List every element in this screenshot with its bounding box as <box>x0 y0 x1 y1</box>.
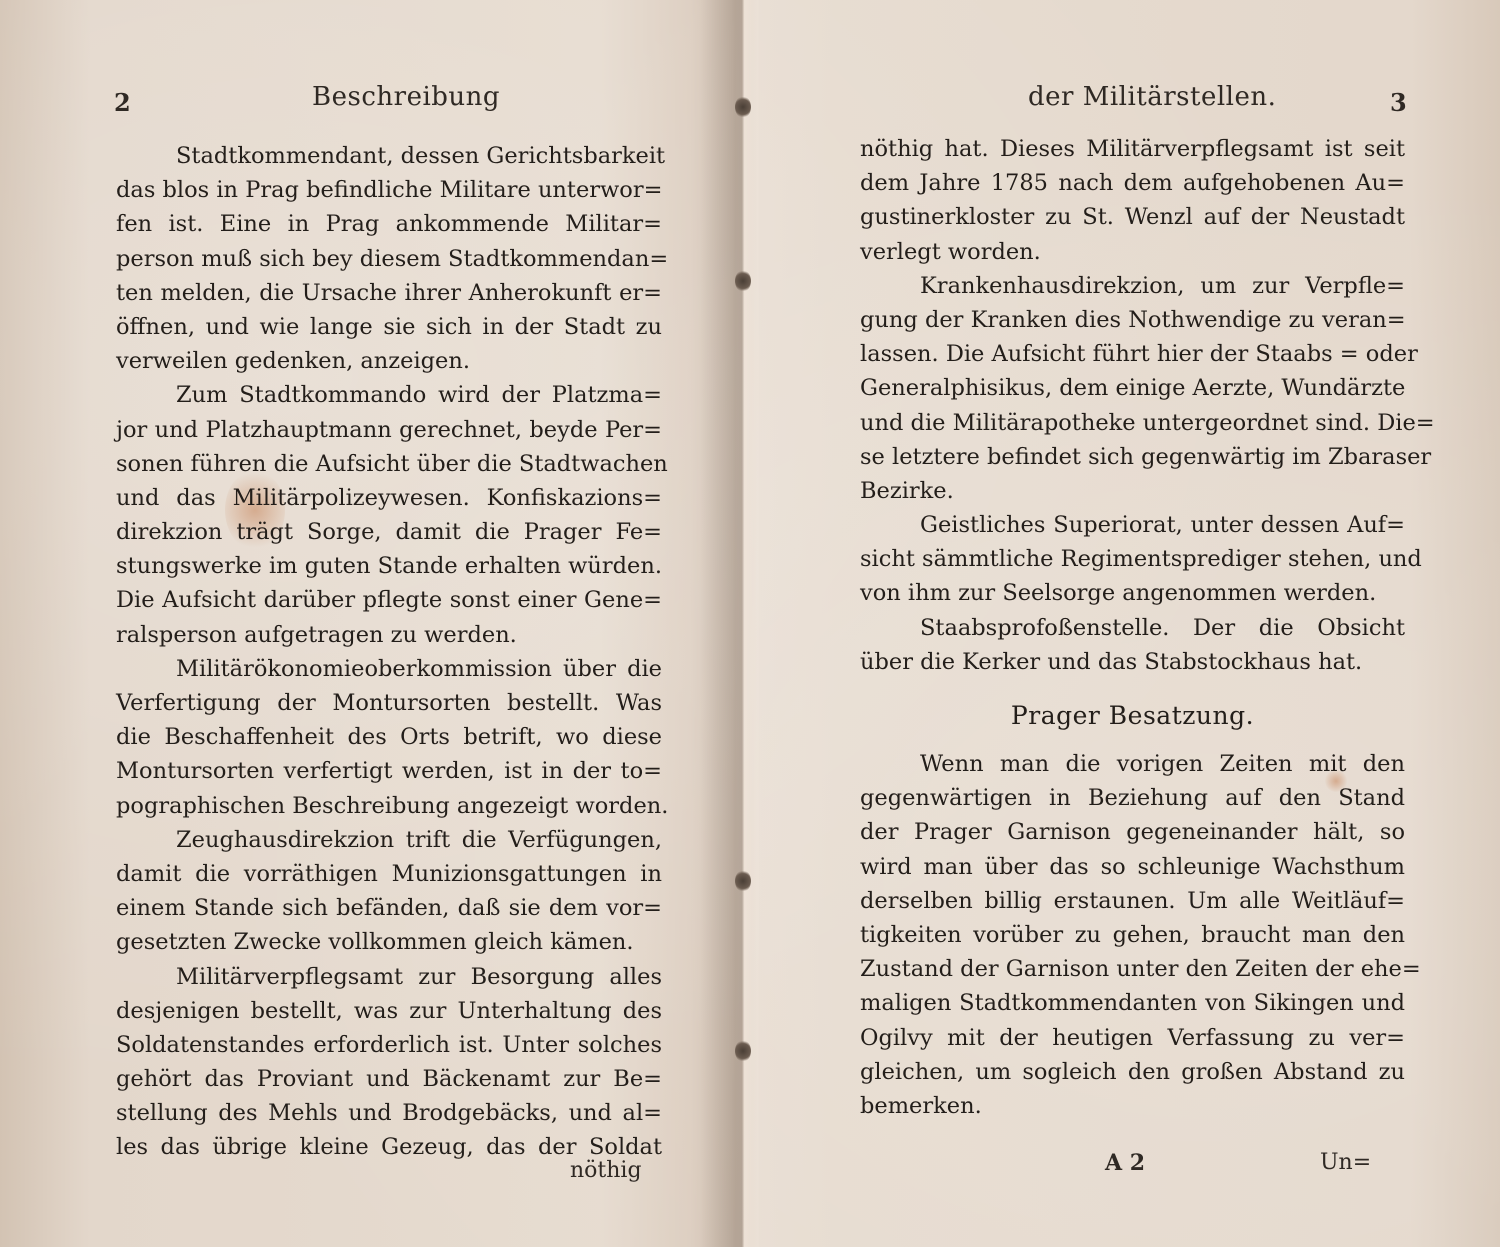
text-line: Wenn man die vorigen Zeiten mit den <box>860 747 1405 781</box>
text-line: Militärverpflegsamt zur Besorgung alles <box>116 960 662 994</box>
text-line: verweilen gedenken, anzeigen. <box>116 344 662 378</box>
right-page: der Militärstellen. 3 nöthig hat. Dieses… <box>760 0 1500 1247</box>
text-line: und das Militärpolizeywesen. Konfiskazio… <box>116 481 662 515</box>
text-line: stungswerke im guten Stande erhalten wür… <box>116 549 662 583</box>
book-spread: 2 Beschreibung Stadtkommendant, dessen G… <box>0 0 1500 1247</box>
text-line: Militärökonomieoberkommission über die <box>116 652 662 686</box>
catchword: Un= <box>1320 1150 1371 1175</box>
text-line: sonen führen die Aufsicht über die Stadt… <box>116 447 662 481</box>
text-line: gung der Kranken dies Nothwendige zu ver… <box>860 303 1405 337</box>
text-line: gesetzten Zwecke vollkommen gleich kämen… <box>116 925 662 959</box>
text-line: ralsperson aufgetragen zu werden. <box>116 618 662 652</box>
text-line: Soldatenstandes erforderlich ist. Unter … <box>116 1028 662 1062</box>
text-line: Geistliches Superiorat, unter dessen Auf… <box>860 508 1405 542</box>
text-line: gustinerkloster zu St. Wenzl auf der Neu… <box>860 200 1405 234</box>
running-head: der Militärstellen. <box>1028 82 1276 112</box>
text-line: Bezirke. <box>860 474 1405 508</box>
body-text: nöthig hat. Dieses Militärverpflegsamt i… <box>860 132 1405 1123</box>
body-text: Stadtkommendant, dessen Gerichtsbarkeitd… <box>116 139 662 1165</box>
section-heading: Prager Besatzung. <box>860 687 1405 745</box>
text-line: gehört das Proviant und Bäckenamt zur Be… <box>116 1062 662 1096</box>
text-line: damit die vorräthigen Munizionsgattungen… <box>116 857 662 891</box>
text-line: tigkeiten vorüber zu gehen, braucht man … <box>860 918 1405 952</box>
text-line: bemerken. <box>860 1089 1405 1123</box>
text-line: einem Stande sich befänden, daß sie dem … <box>116 891 662 925</box>
text-line: über die Kerker und das Stabstockhaus ha… <box>860 645 1405 679</box>
text-line: Ogilvy mit der heutigen Verfassung zu ve… <box>860 1021 1405 1055</box>
text-line: se letztere befindet sich gegenwärtig im… <box>860 440 1405 474</box>
text-line: derselben billig erstaunen. Um alle Weit… <box>860 884 1405 918</box>
text-before-heading: nöthig hat. Dieses Militärverpflegsamt i… <box>860 132 1405 679</box>
text-line: dem Jahre 1785 nach dem aufgehobenen Au= <box>860 166 1405 200</box>
text-line: stellung des Mehls und Brodgebäcks, und … <box>116 1096 662 1130</box>
text-line: pographischen Beschreibung angezeigt wor… <box>116 789 662 823</box>
text-line: Staabsprofoßenstelle. Der die Obsicht <box>860 611 1405 645</box>
page-number: 2 <box>114 88 131 117</box>
text-line: die Beschaffenheit des Orts betrift, wo … <box>116 720 662 754</box>
text-line: sicht sämmtliche Regimentsprediger stehe… <box>860 542 1405 576</box>
text-line: wird man über das so schleunige Wachsthu… <box>860 850 1405 884</box>
text-line: Generalphisikus, dem einige Aerzte, Wund… <box>860 371 1405 405</box>
text-line: Montursorten verfertigt werden, ist in d… <box>116 754 662 788</box>
text-line: Verfertigung der Montursorten bestellt. … <box>116 686 662 720</box>
text-line: Zum Stadtkommando wird der Platzma= <box>116 378 662 412</box>
text-line: person muß sich bey diesem Stadtkommenda… <box>116 242 662 276</box>
text-line: maligen Stadtkommendanten von Sikingen u… <box>860 986 1405 1020</box>
text-line: fen ist. Eine in Prag ankommende Militar… <box>116 207 662 241</box>
text-line: Krankenhausdirekzion, um zur Verpfle= <box>860 269 1405 303</box>
text-line: nöthig hat. Dieses Militärverpflegsamt i… <box>860 132 1405 166</box>
text-line: gleichen, um sogleich den großen Abstand… <box>860 1055 1405 1089</box>
running-head: Beschreibung <box>312 82 500 112</box>
text-line: gegenwärtigen in Beziehung auf den Stand <box>860 781 1405 815</box>
text-line: Stadtkommendant, dessen Gerichtsbarkeit <box>116 139 662 173</box>
text-line: Zeughausdirekzion trift die Verfügungen, <box>116 823 662 857</box>
text-line: Zustand der Garnison unter den Zeiten de… <box>860 952 1405 986</box>
text-line: Die Aufsicht darüber pflegte sonst einer… <box>116 583 662 617</box>
text-line: und die Militärapotheke untergeordnet si… <box>860 406 1405 440</box>
text-line: direkzion trägt Sorge, damit die Prager … <box>116 515 662 549</box>
catchword: nöthig <box>570 1158 642 1183</box>
text-line: öffnen, und wie lange sie sich in der St… <box>116 310 662 344</box>
text-line: ten melden, die Ursache ihrer Anherokunf… <box>116 276 662 310</box>
text-line: der Prager Garnison gegeneinander hält, … <box>860 815 1405 849</box>
text-after-heading: Wenn man die vorigen Zeiten mit dengegen… <box>860 747 1405 1123</box>
text-line: das blos in Prag befindliche Militare un… <box>116 173 662 207</box>
text-line: desjenigen bestellt, was zur Unterhaltun… <box>116 994 662 1028</box>
text-line: jor und Platzhauptmann gerechnet, beyde … <box>116 413 662 447</box>
text-line: lassen. Die Aufsicht führt hier der Staa… <box>860 337 1405 371</box>
left-page: 2 Beschreibung Stadtkommendant, dessen G… <box>0 0 740 1247</box>
text-line: von ihm zur Seelsorge angenommen werden. <box>860 576 1405 610</box>
page-number: 3 <box>1390 88 1407 117</box>
signature-mark: A 2 <box>1105 1150 1145 1176</box>
text-line: verlegt worden. <box>860 235 1405 269</box>
